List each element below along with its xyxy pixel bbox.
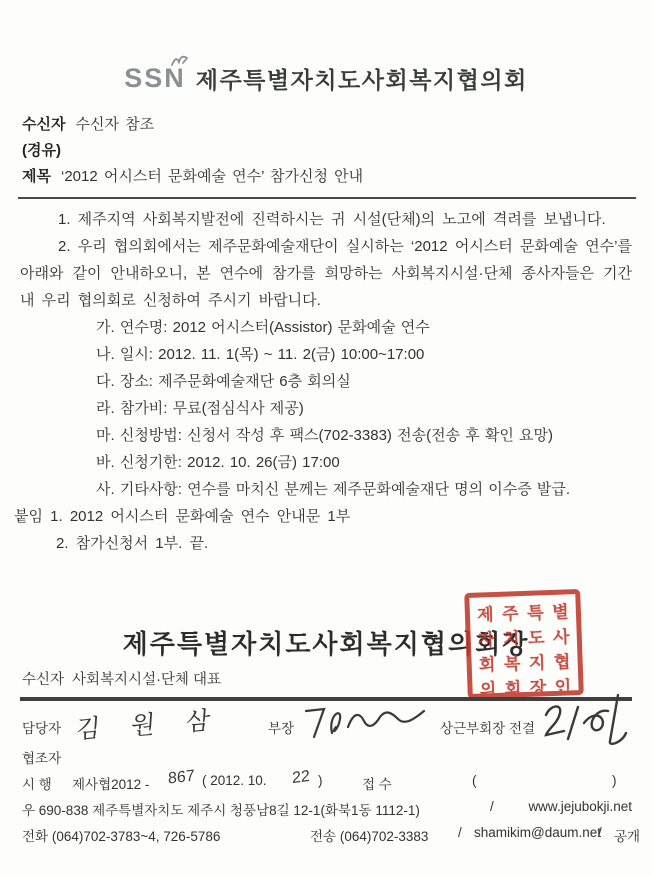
director-label: 부장 [268,717,294,737]
cooperator-row: 협조자 [20,747,632,769]
list-item: 다. 장소: 제주문화예술재단 6층 회의실 [96,368,632,395]
attachment-line-1: 붙임 1. 2012 어시스터 문화예술 연수 안내문 1부 [14,503,632,530]
signature-row: 담당자 김 원 삼 부장 상근부회장 전결 [20,703,632,747]
dispatch-row: 시 행 제사협2012 - 867 ( 2012. 10. 22 ) 접 수 (… [20,769,632,795]
contact-slash-1: / [458,825,462,840]
email-text: shamikim@daum.net [474,825,601,840]
doc-number-prefix: 제사협2012 - [72,773,149,793]
seal-char: 자 [473,625,499,651]
subject-value: ‘2012 어시스터 문화예술 연수’ 참가신청 안내 [61,168,363,185]
manager-handwritten-signature: 김 원 삼 [75,700,224,746]
fax-text: 전송 (064)702-3383 [310,825,428,845]
seal-char: 협 [549,647,575,673]
receipt-paren-close: ) [612,773,617,788]
dispatch-date-prefix: ( 2012. 10. [202,773,267,788]
seal-char: 주 [497,599,523,625]
seal-char: 특 [522,598,548,624]
dispatch-date-suffix: ) [318,773,323,788]
cooperator-label: 협조자 [22,747,61,767]
website-text: www.jejubokji.net [528,799,632,814]
attachment-line-2: 2. 참가신청서 1부. 끝. [56,530,632,557]
seal-char: 별 [547,597,573,623]
disclosure-text: 공개 [614,825,640,845]
ssn-logo: SSN [124,65,186,92]
scanned-official-document: SSN 제주특별자치도사회복지협의회 수신자수신자 참조 (경유) 제목‘201… [0,0,652,876]
list-item: 마. 신청방법: 신청서 작성 후 팩스(702-3383) 전송(전송 후 확… [96,422,632,449]
approver-signature-icon [538,693,643,745]
detail-list: 가. 연수명: 2012 어시스터(Assistor) 문화예술 연수 나. 일… [96,314,632,503]
seal-char: 치 [498,624,524,650]
subject-divider [18,197,636,199]
contact-row: 전화 (064)702-3783~4, 726-5786 전송 (064)702… [20,820,632,845]
seal-char: 제 [472,600,498,626]
org-name: 제주특별자치도사회복지협의회 [196,62,528,95]
seal-char: 회 [474,650,500,676]
doc-number-handwritten: 867 [168,767,195,788]
director-signature-icon [302,703,432,745]
document-meta: 수신자수신자 참조 (경유) 제목‘2012 어시스터 문화예술 연수’ 참가신… [22,116,630,194]
phone-text: 전화 (064)702-3783~4, 726-5786 [22,825,220,845]
official-seal-stamp: 제 주 특 별 자 치 도 사 회 복 지 협 의 회 장 인 [464,589,584,699]
contact-slash-2: / [598,825,602,840]
address-slash: / [490,799,494,814]
list-item: 라. 참가비: 무료(점심식사 제공) [96,395,632,422]
via-row: (경유) [22,142,630,159]
document-body: 1. 제주지역 사회복지발전에 진력하시는 귀 시설(단체)의 노고에 격려를 … [20,206,632,557]
subject-label: 제목 [22,168,51,185]
receipt-label: 접 수 [362,773,392,793]
receiver2-row: 수신자사회복지시설·단체 대표 [22,668,221,689]
receipt-paren-open: ( [472,773,477,788]
list-item: 나. 일시: 2012. 11. 1(목) ~ 11. 2(금) 10:00~1… [96,341,632,368]
seal-char: 사 [548,622,574,648]
receiver2-label: 수신자 [22,672,64,688]
dispatch-label: 시 행 [22,773,52,793]
document-header: SSN 제주특별자치도사회복지협의회 [0,62,652,95]
approver-label: 상근부회장 전결 [440,717,535,737]
receiver-row: 수신자수신자 참조 [22,116,630,133]
receiver2-value: 사회복지시설·단체 대표 [72,672,221,688]
list-item: 가. 연수명: 2012 어시스터(Assistor) 문화예술 연수 [96,314,632,341]
manager-label: 담당자 [22,717,61,737]
body-paragraph-1: 1. 제주지역 사회복지발전에 진력하시는 귀 시설(단체)의 노고에 격려를 … [20,206,632,233]
list-item: 사. 기타사항: 연수를 마치신 분께는 제주문화예술재단 명의 이수증 발급. [96,476,632,503]
receiver-label: 수신자 [22,116,65,133]
receiver-value: 수신자 참조 [75,116,154,133]
seal-char: 회 [500,674,526,700]
postal-address: 우 690-838 제주특별자치도 제주시 청풍남8길 12-1(화북1동 11… [22,799,420,819]
ssn-logo-text: SSN [124,63,186,93]
seal-char: 복 [499,649,525,675]
via-label: (경유) [22,142,61,159]
seal-char: 도 [523,623,549,649]
seal-char: 지 [524,648,550,674]
subject-row: 제목‘2012 어시스터 문화예술 연수’ 참가신청 안내 [22,168,630,185]
address-row: 우 690-838 제주특별자치도 제주시 청풍남8길 12-1(화북1동 11… [20,795,632,820]
dispatch-date-handwritten: 22 [292,768,310,788]
body-paragraph-2: 2. 우리 협의회에서는 제주문화예술재단이 실시하는 ‘2012 어시스터 문… [20,233,632,314]
list-item: 바. 신청기한: 2012. 10. 26(금) 17:00 [96,449,632,476]
butterfly-icon [170,53,190,67]
document-footer: 담당자 김 원 삼 부장 상근부회장 전결 협조자 시 행 제사협2012 - … [20,703,632,845]
